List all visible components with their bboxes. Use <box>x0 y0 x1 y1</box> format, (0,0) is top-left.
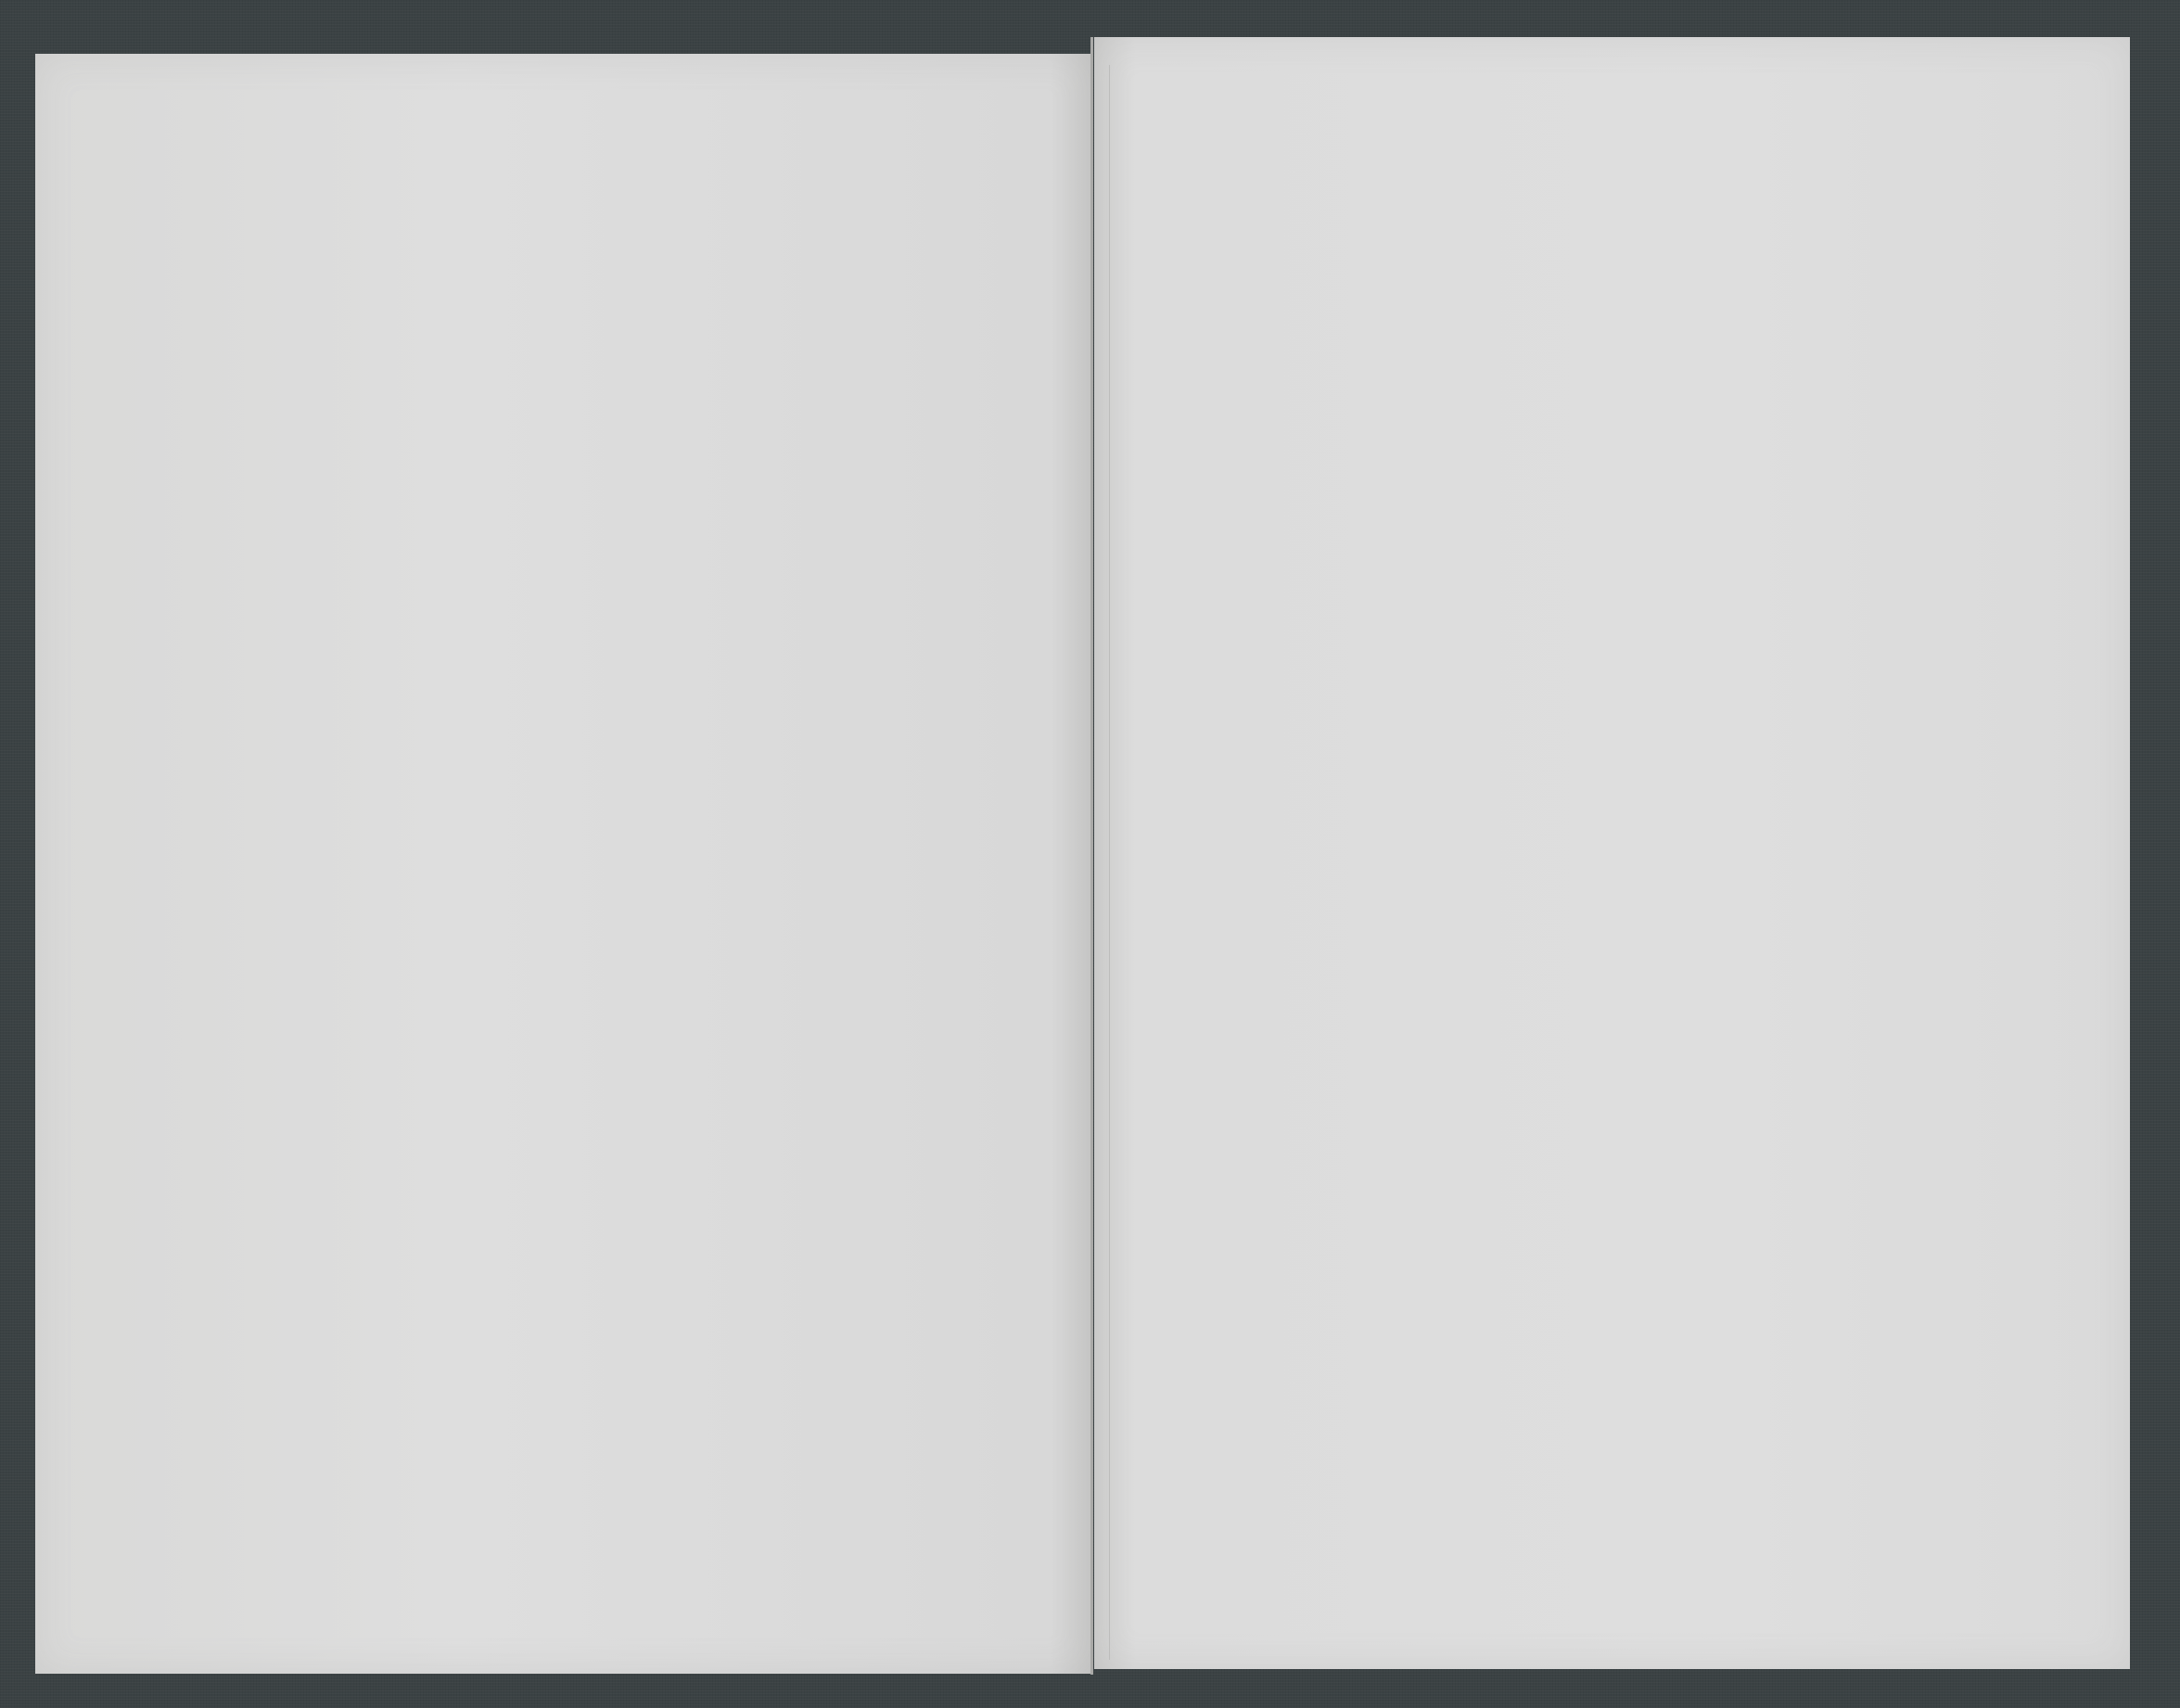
page-fold <box>1090 37 1093 1675</box>
left-page <box>35 54 1092 1674</box>
page-margin-crease <box>1109 65 1110 1660</box>
right-page <box>1094 37 2130 1669</box>
